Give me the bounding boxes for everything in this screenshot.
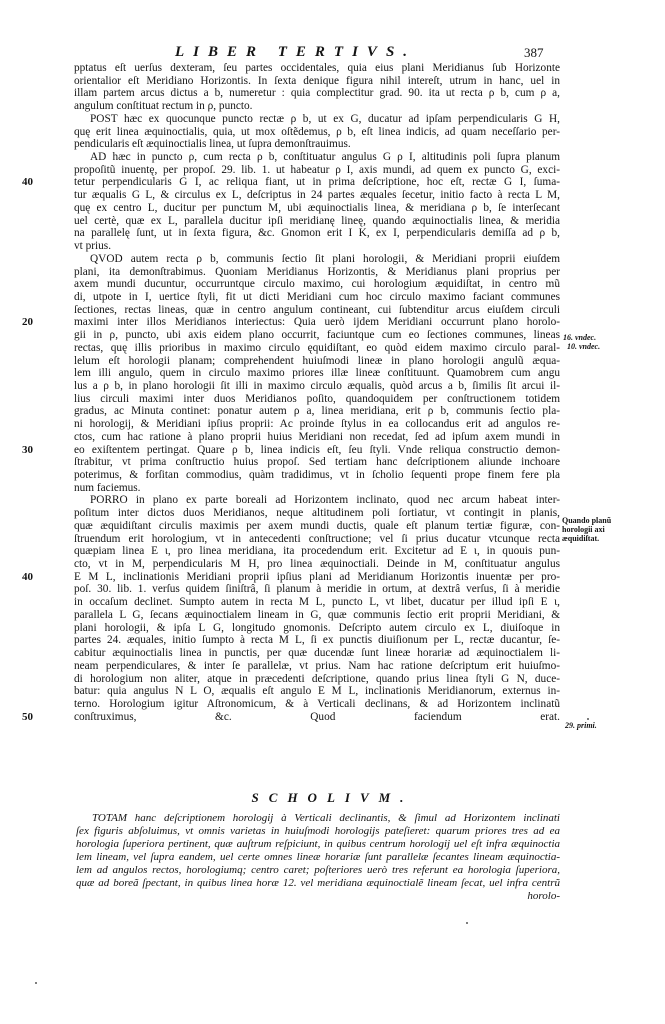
text-line: pendicularis eſt æquinoctialis linea, ut… [74,138,560,151]
text-line: parallela L G, ſecans æquinoctialem line… [74,609,560,622]
text-line: quę erit linea æquinoctialis, quia, ut m… [74,126,560,139]
text-line: ctos, cum hac ratione à plano proprii hu… [74,431,560,444]
text-line: gradus, ac Minuta continet: ponatur aute… [74,405,560,418]
text-line: partes 24. æquales, initio ſumpto à rect… [74,634,560,647]
line-number: 50 [22,711,33,723]
text-line: in occaſum declinet. Sumpto autem in rec… [74,596,560,609]
text-line: tetur perpendicularis G I, ac reliqua fi… [74,176,560,189]
scholium-line: lem ad angulos rectos, horologiumq; cent… [76,864,560,877]
text-line: ſtrabitur, vt prima conſtructio huius pr… [74,456,560,469]
text-line: propoſitũ inuentę, per propoſ. 29. lib. … [74,164,560,177]
text-line: lius circuli maximi inter duos Meridiano… [74,393,560,406]
text-line: lus a ρ b, in plano horologii ſit illi i… [74,380,560,393]
text-line: plani horologii, & ipſa L G, longitudo g… [74,622,560,635]
line-number: 40 [22,176,33,188]
text-line: maximi inter illos Meridianos interiectu… [74,316,560,329]
text-line: POST hæc ex quocunque puncto rectæ ρ b, … [74,113,560,126]
text-line: vt prius. [74,240,560,253]
text-line: E M L, inclinationis Meridiani proprii i… [74,571,560,584]
text-line: quæpiam linea E ι, pro linea meridiana, … [74,545,560,558]
text-line: illam partem arcus dictus a b, numeretur… [74,87,560,100]
text-line: ſtruendum erit horologium, vt in anteced… [74,533,560,546]
text-line: AD hæc in puncto ρ, cum recta ρ b, conſt… [74,151,560,164]
text-line: poterimus, & forſitan commodius, quàm tr… [74,469,560,482]
scholium-text: TOTAM hanc deſcriptionem horologij à Ver… [76,812,560,903]
ink-speck [587,718,589,720]
text-line: cabitur æquinoctialis linea in punctis, … [74,647,560,660]
margin-note-line: Quando planũ [562,516,611,525]
body-text: pptatus eſt uerſus dexteram, ſeu partes … [74,62,560,723]
line-number: 20 [22,316,33,328]
book-page: LIBER TERTIVS. 387 pptatus eſt uerſus de… [0,0,665,1024]
text-line: lem illi angulo, quem in circulo maximo … [74,367,560,380]
margin-note-line: horologii axi [562,525,611,534]
text-line: orientalior eſt Meridiano Horizontis. In… [74,75,560,88]
text-line: terno. Horologium igitur Aſtronomicum, &… [74,698,560,711]
line-number: 30 [22,444,33,456]
margin-note-line: 29. primi. [565,721,597,730]
text-line: PORRO in plano ex parte boreali ad Horiz… [74,494,560,507]
running-title: LIBER TERTIVS. [175,44,416,61]
text-line: axem mundi ducuntur, occurruntque circul… [74,278,560,291]
scholium-line: horolo- [76,890,560,903]
margin-note-euclid-refs: 16. vndec. 10. vndec. [563,333,600,351]
scholium-line: lem lineam, vel ſupra eandem, uel certe … [76,851,560,864]
margin-note-line: æquidiſtat. [562,534,611,543]
running-head: LIBER TERTIVS. 387 [0,44,665,64]
margin-note-primi: 29. primi. [565,721,597,730]
text-line: plani, ita demonſtrabimus. Quoniam Merid… [74,266,560,279]
text-line: di, utpote in I, uertice ſtyli, fit ut d… [74,291,560,304]
margin-note-line: 16. vndec. [563,333,600,342]
text-line: quę ex centro L, ducitur per punctum M, … [74,202,560,215]
text-line: tur æqualis G L, & circulus ex L, deſcri… [74,189,560,202]
text-line: ni horologij, & Meridiani ipſius proprii… [74,418,560,431]
text-line: angulum conſtituat rectum in ρ, puncto. [74,100,560,113]
line-number: 40 [22,571,33,583]
text-line: poſitum inter dictos duos Meridianos, ne… [74,507,560,520]
text-line: QVOD autem recta ρ b, communis ſectio ſi… [74,253,560,266]
text-line: batur: quia angulus N L O, æqualis eſt a… [74,685,560,698]
scholium-line: quæ ad boreã ſpectant, in quibus linea h… [76,877,560,890]
text-line: ſectiones, rectas lineas, quæ in centro … [74,304,560,317]
text-line: gii in ρ, puncto, ubi axis eidem plano o… [74,329,560,342]
ink-speck [35,982,37,984]
scholium-line: horologia ſuperiora pertinent, quæ auſtr… [76,838,560,851]
margin-note-plane-parallel-axis: Quando planũ horologii axi æquidiſtat. [562,516,611,543]
text-line: pptatus eſt uerſus dexteram, ſeu partes … [74,62,560,75]
text-line: quæ æquidiſtant circulis maximis per axe… [74,520,560,533]
text-line: lelum eſt horologii planam; comprehenden… [74,355,560,368]
margin-note-line: 10. vndec. [563,342,600,351]
text-line: uel certè, quæ ex L, parallela ducitur i… [74,215,560,228]
scholium-line: ſex figuris abſoluimus, vt omnis varieta… [76,825,560,838]
text-line: di horologium non aliter, atque in præce… [74,673,560,686]
page-number: 387 [524,45,544,61]
scholium-line: TOTAM hanc deſcriptionem horologij à Ver… [76,812,560,825]
ink-speck [466,922,468,924]
text-line: conſtruximus, &c. Quod faciendum erat. [74,711,560,724]
text-line: cto, vt in M, perpendicularis M H, pro l… [74,558,560,571]
text-line: neam perpendiculares, & inter ſe paralle… [74,660,560,673]
text-line: poſ. 30. lib. 1. verſus quidem ſiniſtrâ,… [74,583,560,596]
scholium-heading: SCHOLIVM. [0,790,665,806]
text-line: rectas, quę illis prioribus in maximo ci… [74,342,560,355]
text-line: eo exiſtentem pertingat. Quare ρ b, line… [74,444,560,457]
text-line: num faciemus. [74,482,560,495]
text-line: na parallelę ſunt, ut in ſexta figura, &… [74,227,560,240]
